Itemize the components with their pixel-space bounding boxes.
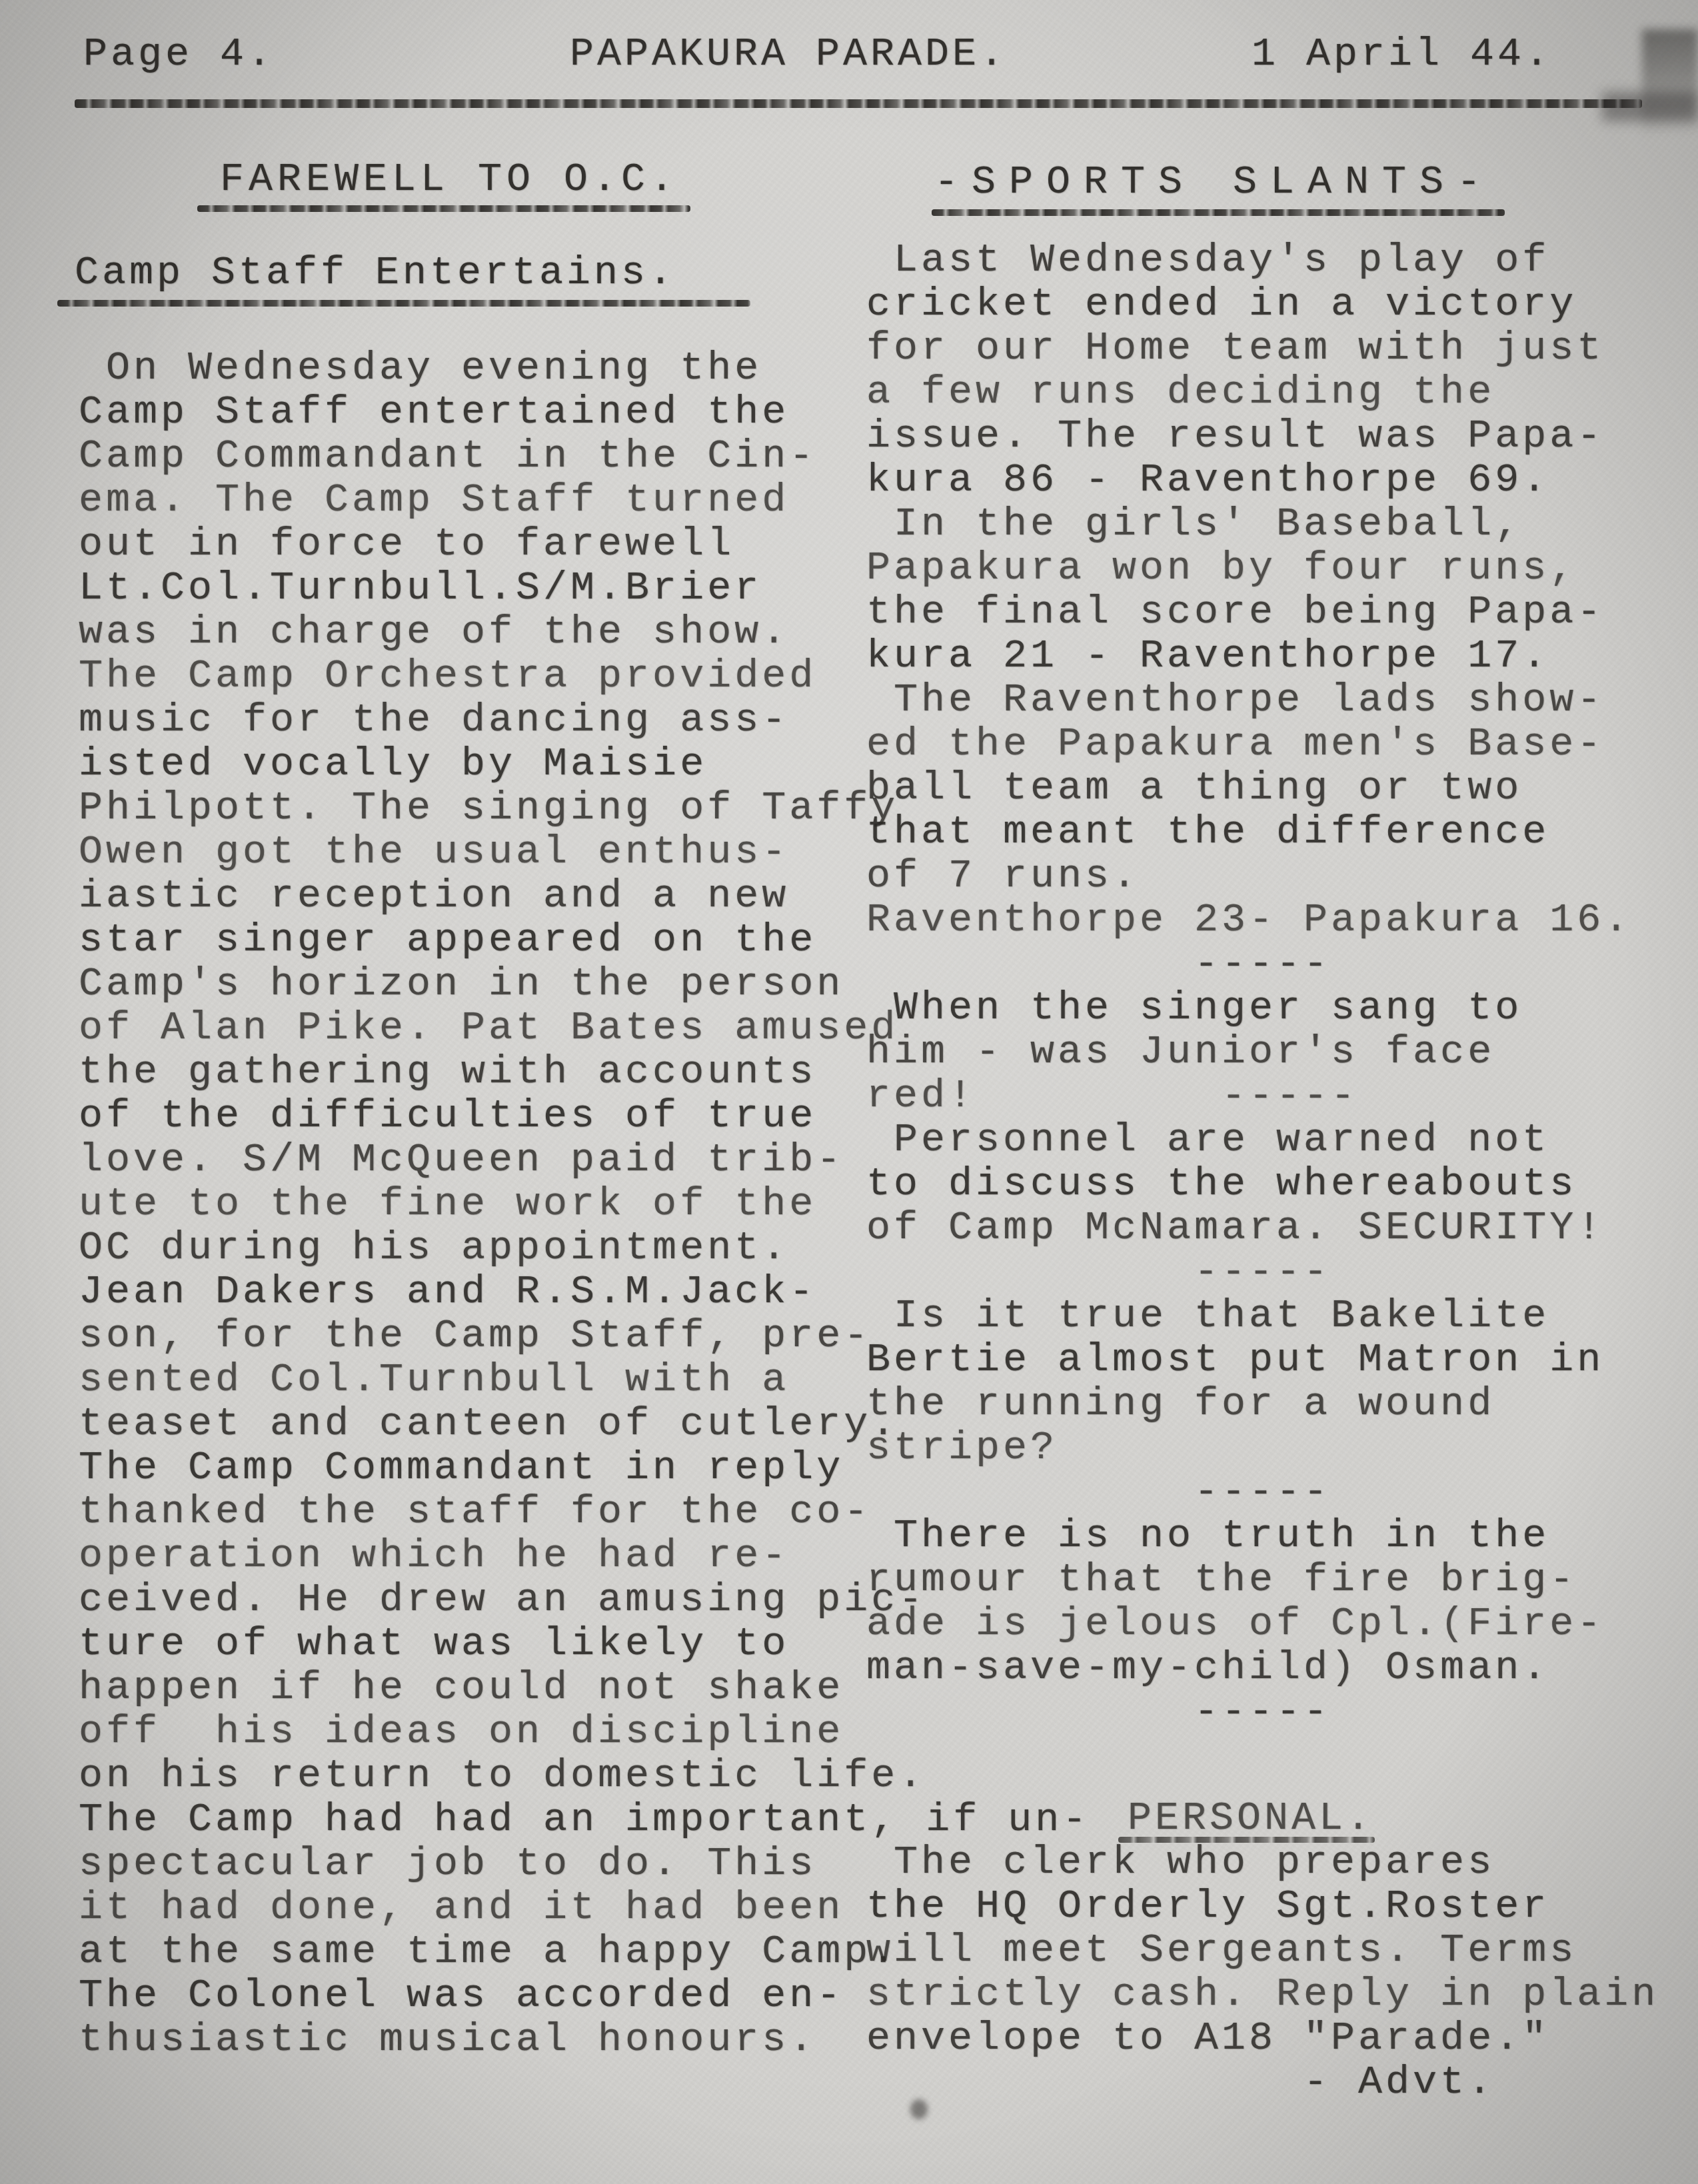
article-heading-farewell: FAREWELL TO O.C. xyxy=(220,157,678,203)
text-line: man-save-my-child) Osman. xyxy=(866,1646,1686,1690)
text-line: ade is jelous of Cpl.(Fire- xyxy=(866,1602,1686,1646)
text-line: There is no truth in the xyxy=(866,1514,1686,1558)
text-line: issue. The result was Papa- xyxy=(866,415,1686,459)
text-line: kura 21 - Raventhorpe 17. xyxy=(866,634,1686,678)
page-number-label: Page 4. xyxy=(83,32,275,77)
right-column-body: Last Wednesday's play ofcricket ended in… xyxy=(866,239,1686,2105)
text-line: Papakura won by four runs, xyxy=(866,546,1686,590)
dashed-separator: ----- xyxy=(866,1470,1686,1514)
text-line: for our Home team with just xyxy=(866,327,1686,371)
article-heading-sports-slants: -SPORTS SLANTS- xyxy=(934,160,1494,205)
section-heading: PERSONAL. xyxy=(866,1797,1686,1841)
dashed-separator: ----- xyxy=(866,942,1686,986)
scan-smudge-rule-end xyxy=(1602,92,1698,121)
text-line: a few runs deciding the xyxy=(866,371,1686,415)
text-line: Raventhorpe 23- Papakura 16. xyxy=(866,898,1686,942)
article-subheading-camp-staff: Camp Staff Entertains. xyxy=(75,251,676,296)
dashed-separator: ----- xyxy=(866,1250,1686,1294)
text-line: The clerk who prepares xyxy=(866,1841,1686,1885)
text-line: cricket ended in a victory xyxy=(866,283,1686,327)
text-line: Personnel are warned not xyxy=(866,1118,1686,1162)
text-line: of Camp McNamara. SECURITY! xyxy=(866,1206,1686,1250)
heading-underline xyxy=(197,205,690,212)
text-line: the final score being Papa- xyxy=(866,590,1686,634)
text-line: stripe? xyxy=(866,1426,1686,1470)
text-line: The Raventhorpe lads show- xyxy=(866,678,1686,722)
text-line: will meet Sergeants. Terms xyxy=(866,1929,1686,1973)
page-date: 1 April 44. xyxy=(1252,32,1552,77)
text-line: When the singer sang to xyxy=(866,986,1686,1030)
text-line: kura 86 - Raventhorpe 69. xyxy=(866,459,1686,503)
blank-line xyxy=(866,1734,1686,1778)
text-line: strictly cash. Reply in plain xyxy=(866,1973,1686,2017)
text-line: Bertie almost put Matron in xyxy=(866,1338,1686,1382)
text-line: Is it true that Bakelite xyxy=(866,1294,1686,1338)
text-line: that meant the difference xyxy=(866,810,1686,854)
text-line: ed the Papakura men's Base- xyxy=(866,722,1686,766)
subheading-underline xyxy=(57,300,750,307)
scan-speck xyxy=(910,2099,928,2119)
text-line: him - was Junior's face xyxy=(866,1030,1686,1074)
text-line: - Advt. xyxy=(866,2061,1686,2105)
page-title: PAPAKURA PARADE. xyxy=(570,32,1007,77)
newspaper-page: Page 4. PAPAKURA PARADE. 1 April 44. FAR… xyxy=(0,0,1698,2184)
text-line: the running for a wound xyxy=(866,1382,1686,1426)
text-line: envelope to A18 "Parade." xyxy=(866,2017,1686,2061)
dashed-separator: ----- xyxy=(866,1690,1686,1734)
text-line: In the girls' Baseball, xyxy=(866,503,1686,546)
text-line: ball team a thing or two xyxy=(866,766,1686,810)
header-rule xyxy=(75,99,1642,108)
text-line: Last Wednesday's play of xyxy=(866,239,1686,283)
text-line: to discuss the whereabouts xyxy=(866,1162,1686,1206)
text-line: red! ----- xyxy=(866,1074,1686,1118)
text-line: rumour that the fire brig- xyxy=(866,1558,1686,1602)
sports-heading-underline xyxy=(932,209,1505,216)
text-line: the HQ Orderly Sgt.Roster xyxy=(866,1885,1686,1929)
text-line: of 7 runs. xyxy=(866,854,1686,898)
